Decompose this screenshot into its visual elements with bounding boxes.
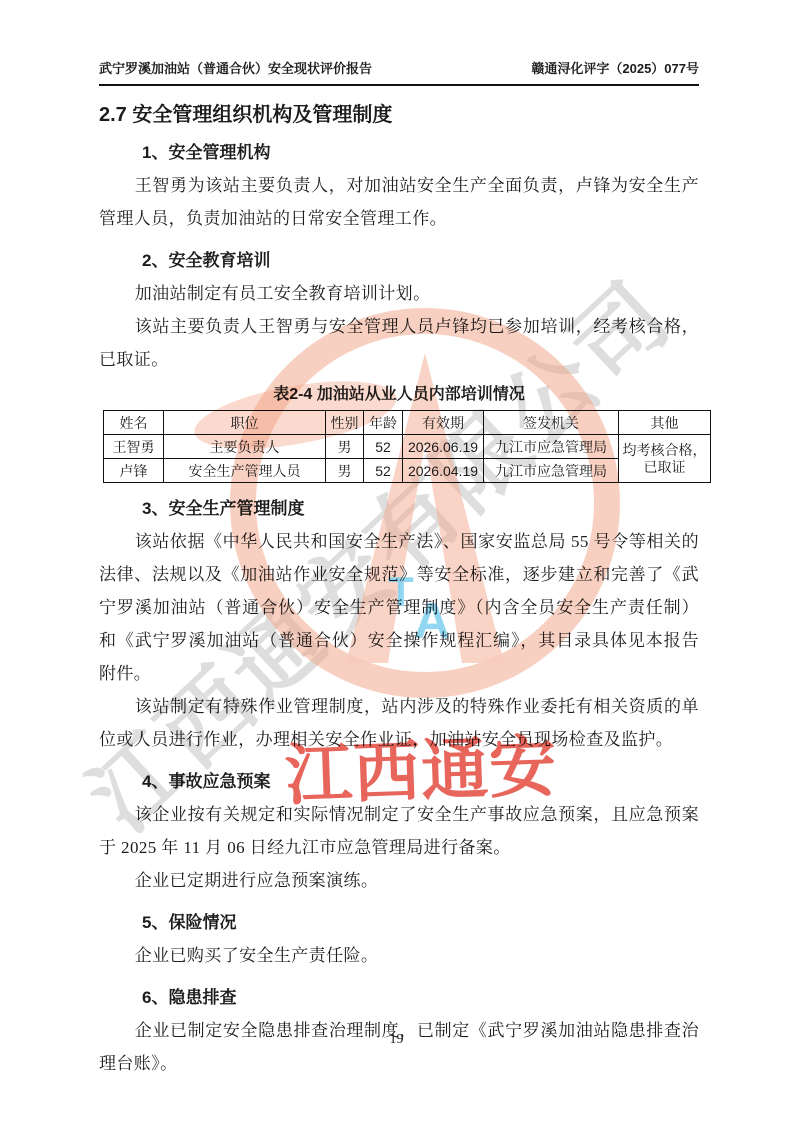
- col-header-position: 职位: [164, 411, 326, 435]
- page-number: 19: [0, 1032, 793, 1048]
- cell-gender: 男: [326, 459, 364, 483]
- col-header-issuer: 签发机关: [484, 411, 619, 435]
- paragraph: 加油站制定有员工安全教育培训计划。: [99, 277, 699, 310]
- col-header-validity: 有效期: [403, 411, 484, 435]
- section-title: 2.7 安全管理组织机构及管理制度: [99, 98, 699, 127]
- paragraph: 该企业按有关规定和实际情况制定了安全生产事故应急预案，且应急预案于 2025 年…: [99, 798, 699, 864]
- table-header-row: 姓名 职位 性别 年龄 有效期 签发机关 其他: [104, 411, 711, 435]
- cell-validity: 2026.04.19: [403, 459, 484, 483]
- col-header-age: 年龄: [364, 411, 403, 435]
- cell-other-text: 均考核合格，已取证: [621, 442, 708, 476]
- paragraph: 该站主要负责人王智勇与安全管理人员卢锋均已参加培训，经考核合格，已取证。: [99, 310, 699, 376]
- paragraph: 该站依据《中华人民共和国安全生产法》、国家安监总局 55 号令等相关的法律、法规…: [99, 525, 699, 690]
- cell-issuer: 九江市应急管理局: [484, 459, 619, 483]
- cell-issuer: 九江市应急管理局: [484, 435, 619, 459]
- heading-insurance: 5、保险情况: [142, 906, 699, 939]
- cell-name: 王智勇: [104, 435, 164, 459]
- cell-gender: 男: [326, 435, 364, 459]
- col-header-gender: 性别: [326, 411, 364, 435]
- cell-name: 卢锋: [104, 459, 164, 483]
- header-report-title: 武宁罗溪加油站（普通合伙）安全现状评价报告: [99, 58, 372, 77]
- cell-validity: 2026.06.19: [403, 435, 484, 459]
- col-header-name: 姓名: [104, 411, 164, 435]
- paragraph: 企业已定期进行应急预案演练。: [99, 864, 699, 897]
- document-content: 武宁罗溪加油站（普通合伙）安全现状评价报告 赣通浔化评字（2025）077号 2…: [99, 58, 699, 1080]
- paragraph: 王智勇为该站主要负责人，对加油站安全生产全面负责，卢锋为安全生产管理人员，负责加…: [99, 169, 699, 235]
- heading-emergency-plan: 4、事故应急预案: [142, 765, 699, 798]
- table-caption: 表2-4 加油站从业人员内部培训情况: [99, 382, 699, 408]
- heading-safety-org: 1、安全管理机构: [142, 136, 699, 169]
- heading-safety-training: 2、安全教育培训: [142, 244, 699, 277]
- cell-position: 安全生产管理人员: [164, 459, 326, 483]
- training-table: 姓名 职位 性别 年龄 有效期 签发机关 其他 王智勇 主要负责人 男 52 2…: [103, 410, 711, 483]
- table-row: 王智勇 主要负责人 男 52 2026.06.19 九江市应急管理局 均考核合格…: [104, 435, 711, 459]
- document-page: 江西通安有限公司 T A 江西通安 武宁罗溪加油站（普通合伙）安全现状评价报告 …: [0, 0, 793, 1122]
- paragraph: 企业已购买了安全生产责任险。: [99, 939, 699, 972]
- heading-safety-management-system: 3、安全生产管理制度: [142, 492, 699, 525]
- cell-other-merged: 均考核合格，已取证: [619, 435, 711, 483]
- col-header-other: 其他: [619, 411, 711, 435]
- paragraph: 该站制定有特殊作业管理制度，站内涉及的特殊作业委托有相关资质的单位或人员进行作业…: [99, 690, 699, 756]
- cell-position: 主要负责人: [164, 435, 326, 459]
- cell-age: 52: [364, 459, 403, 483]
- running-header: 武宁罗溪加油站（普通合伙）安全现状评价报告 赣通浔化评字（2025）077号: [99, 58, 699, 86]
- cell-age: 52: [364, 435, 403, 459]
- header-doc-number: 赣通浔化评字（2025）077号: [531, 58, 699, 77]
- heading-hazard-inspection: 6、隐患排查: [142, 981, 699, 1014]
